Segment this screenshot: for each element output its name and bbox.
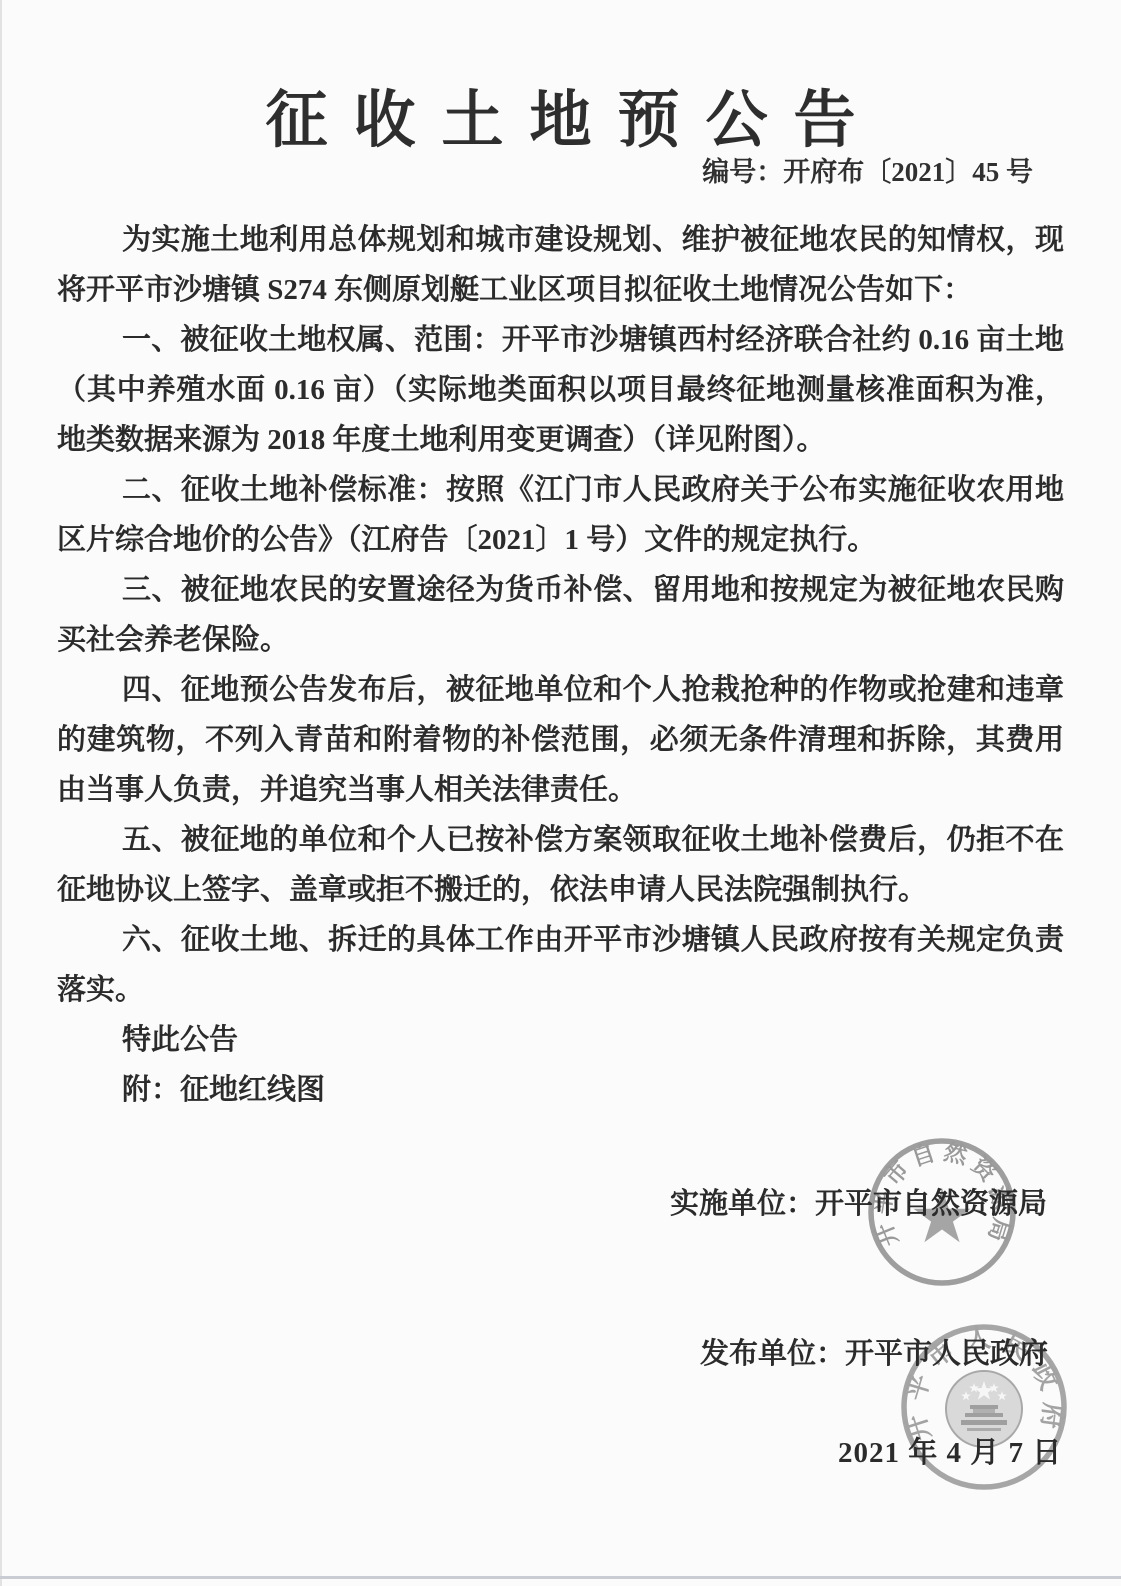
body-line: 由当事人负责，并追究当事人相关法律责任。 [57, 765, 1064, 815]
body-line: 区片综合地价的公告》（江府告〔2021〕1 号）文件的规定执行。 [57, 515, 1064, 565]
body-line: 买社会养老保险。 [57, 615, 1064, 665]
scan-left-edge [0, 0, 2, 1586]
document-body: 为实施土地利用总体规划和城市建设规划、维护被征地农民的知情权，现将开平市沙塘镇 … [57, 215, 1064, 1115]
body-line: 二、征收土地补偿标准：按照《江门市人民政府关于公布实施征收农用地 [57, 465, 1064, 515]
body-line: 六、征收土地、拆迁的具体工作由开平市沙塘镇人民政府按有关规定负责 [57, 915, 1064, 965]
body-line: 一、被征收土地权属、范围：开平市沙塘镇西村经济联合社约 0.16 亩土地 [57, 315, 1064, 365]
date-line: 2021 年 4 月 7 日 [838, 1430, 1062, 1471]
body-line: （其中养殖水面 0.16 亩）（实际地类面积以项目最终征地测量核准面积为准， [57, 365, 1064, 415]
body-line: 附：征地红线图 [57, 1065, 1064, 1115]
issuing-unit-line: 发布单位：开平市人民政府 [700, 1331, 1048, 1372]
doc-number: 编号：开府布〔2021〕45 号 [702, 150, 1033, 189]
implementing-unit-line: 实施单位：开平市自然资源局 [670, 1181, 1047, 1222]
body-line: 征地协议上签字、盖章或拒不搬迁的，依法申请人民法院强制执行。 [57, 865, 1064, 915]
body-line: 地类数据来源为 2018 年度土地利用变更调查）（详见附图）。 [57, 415, 1064, 465]
page-title: 征收土地预公告 [0, 70, 1121, 159]
body-line: 三、被征地农民的安置途径为货币补偿、留用地和按规定为被征地农民购 [57, 565, 1064, 615]
body-line: 的建筑物，不列入青苗和附着物的补偿范围，必须无条件清理和拆除，其费用 [57, 715, 1064, 765]
body-line: 将开平市沙塘镇 S274 东侧原划艇工业区项目拟征收土地情况公告如下： [57, 265, 1064, 315]
scan-bottom-edge [0, 1576, 1121, 1579]
document-page: 征收土地预公告 编号：开府布〔2021〕45 号 为实施土地利用总体规划和城市建… [0, 0, 1121, 1586]
body-line: 四、征地预公告发布后，被征地单位和个人抢栽抢种的作物或抢建和违章 [57, 665, 1064, 715]
body-line: 特此公告 [57, 1015, 1064, 1065]
body-line: 落实。 [57, 965, 1064, 1015]
body-line: 为实施土地利用总体规划和城市建设规划、维护被征地农民的知情权，现 [57, 215, 1064, 265]
body-line: 五、被征地的单位和个人已按补偿方案领取征收土地补偿费后，仍拒不在 [57, 815, 1064, 865]
